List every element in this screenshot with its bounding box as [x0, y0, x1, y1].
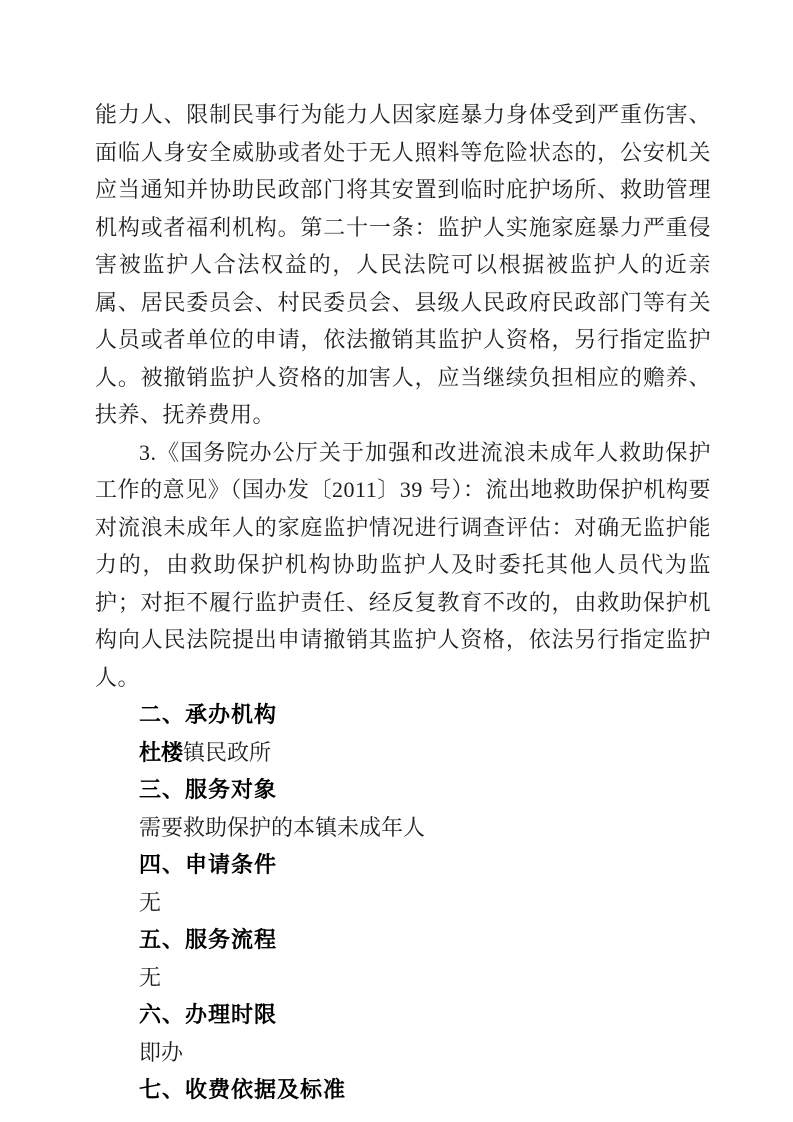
section-value-service-target: 需要救助保护的本镇未成年人	[95, 809, 711, 847]
handling-organ-office: 镇民政所	[183, 740, 271, 765]
section-value-application-conditions: 无	[95, 884, 711, 922]
paragraph-state-council-opinion: 3.《国务院办公厅关于加强和改进流浪未成年人救助保护工作的意见》（国办发〔201…	[95, 434, 711, 697]
section-heading-fee-basis-and-standard: 七、收费依据及标准	[95, 1071, 711, 1109]
handling-organ-town-name: 杜楼	[139, 740, 183, 765]
paragraph-legal-excerpt: 能力人、限制民事行为能力人因家庭暴力身体受到严重伤害、面临人身安全威胁或者处于无…	[95, 96, 711, 434]
section-heading-processing-time-limit: 六、办理时限	[95, 996, 711, 1034]
section-value-handling-organ: 杜楼镇民政所	[95, 734, 711, 772]
page-content: 能力人、限制民事行为能力人因家庭暴力身体受到严重伤害、面临人身安全威胁或者处于无…	[95, 96, 711, 1109]
section-heading-service-process: 五、服务流程	[95, 921, 711, 959]
section-heading-service-target: 三、服务对象	[95, 771, 711, 809]
section-value-processing-time-limit: 即办	[95, 1034, 711, 1072]
section-heading-application-conditions: 四、申请条件	[95, 846, 711, 884]
document-page: 能力人、限制民事行为能力人因家庭暴力身体受到严重伤害、面临人身安全威胁或者处于无…	[0, 0, 793, 1122]
section-value-service-process: 无	[95, 959, 711, 997]
section-heading-handling-organ: 二、承办机构	[95, 696, 711, 734]
